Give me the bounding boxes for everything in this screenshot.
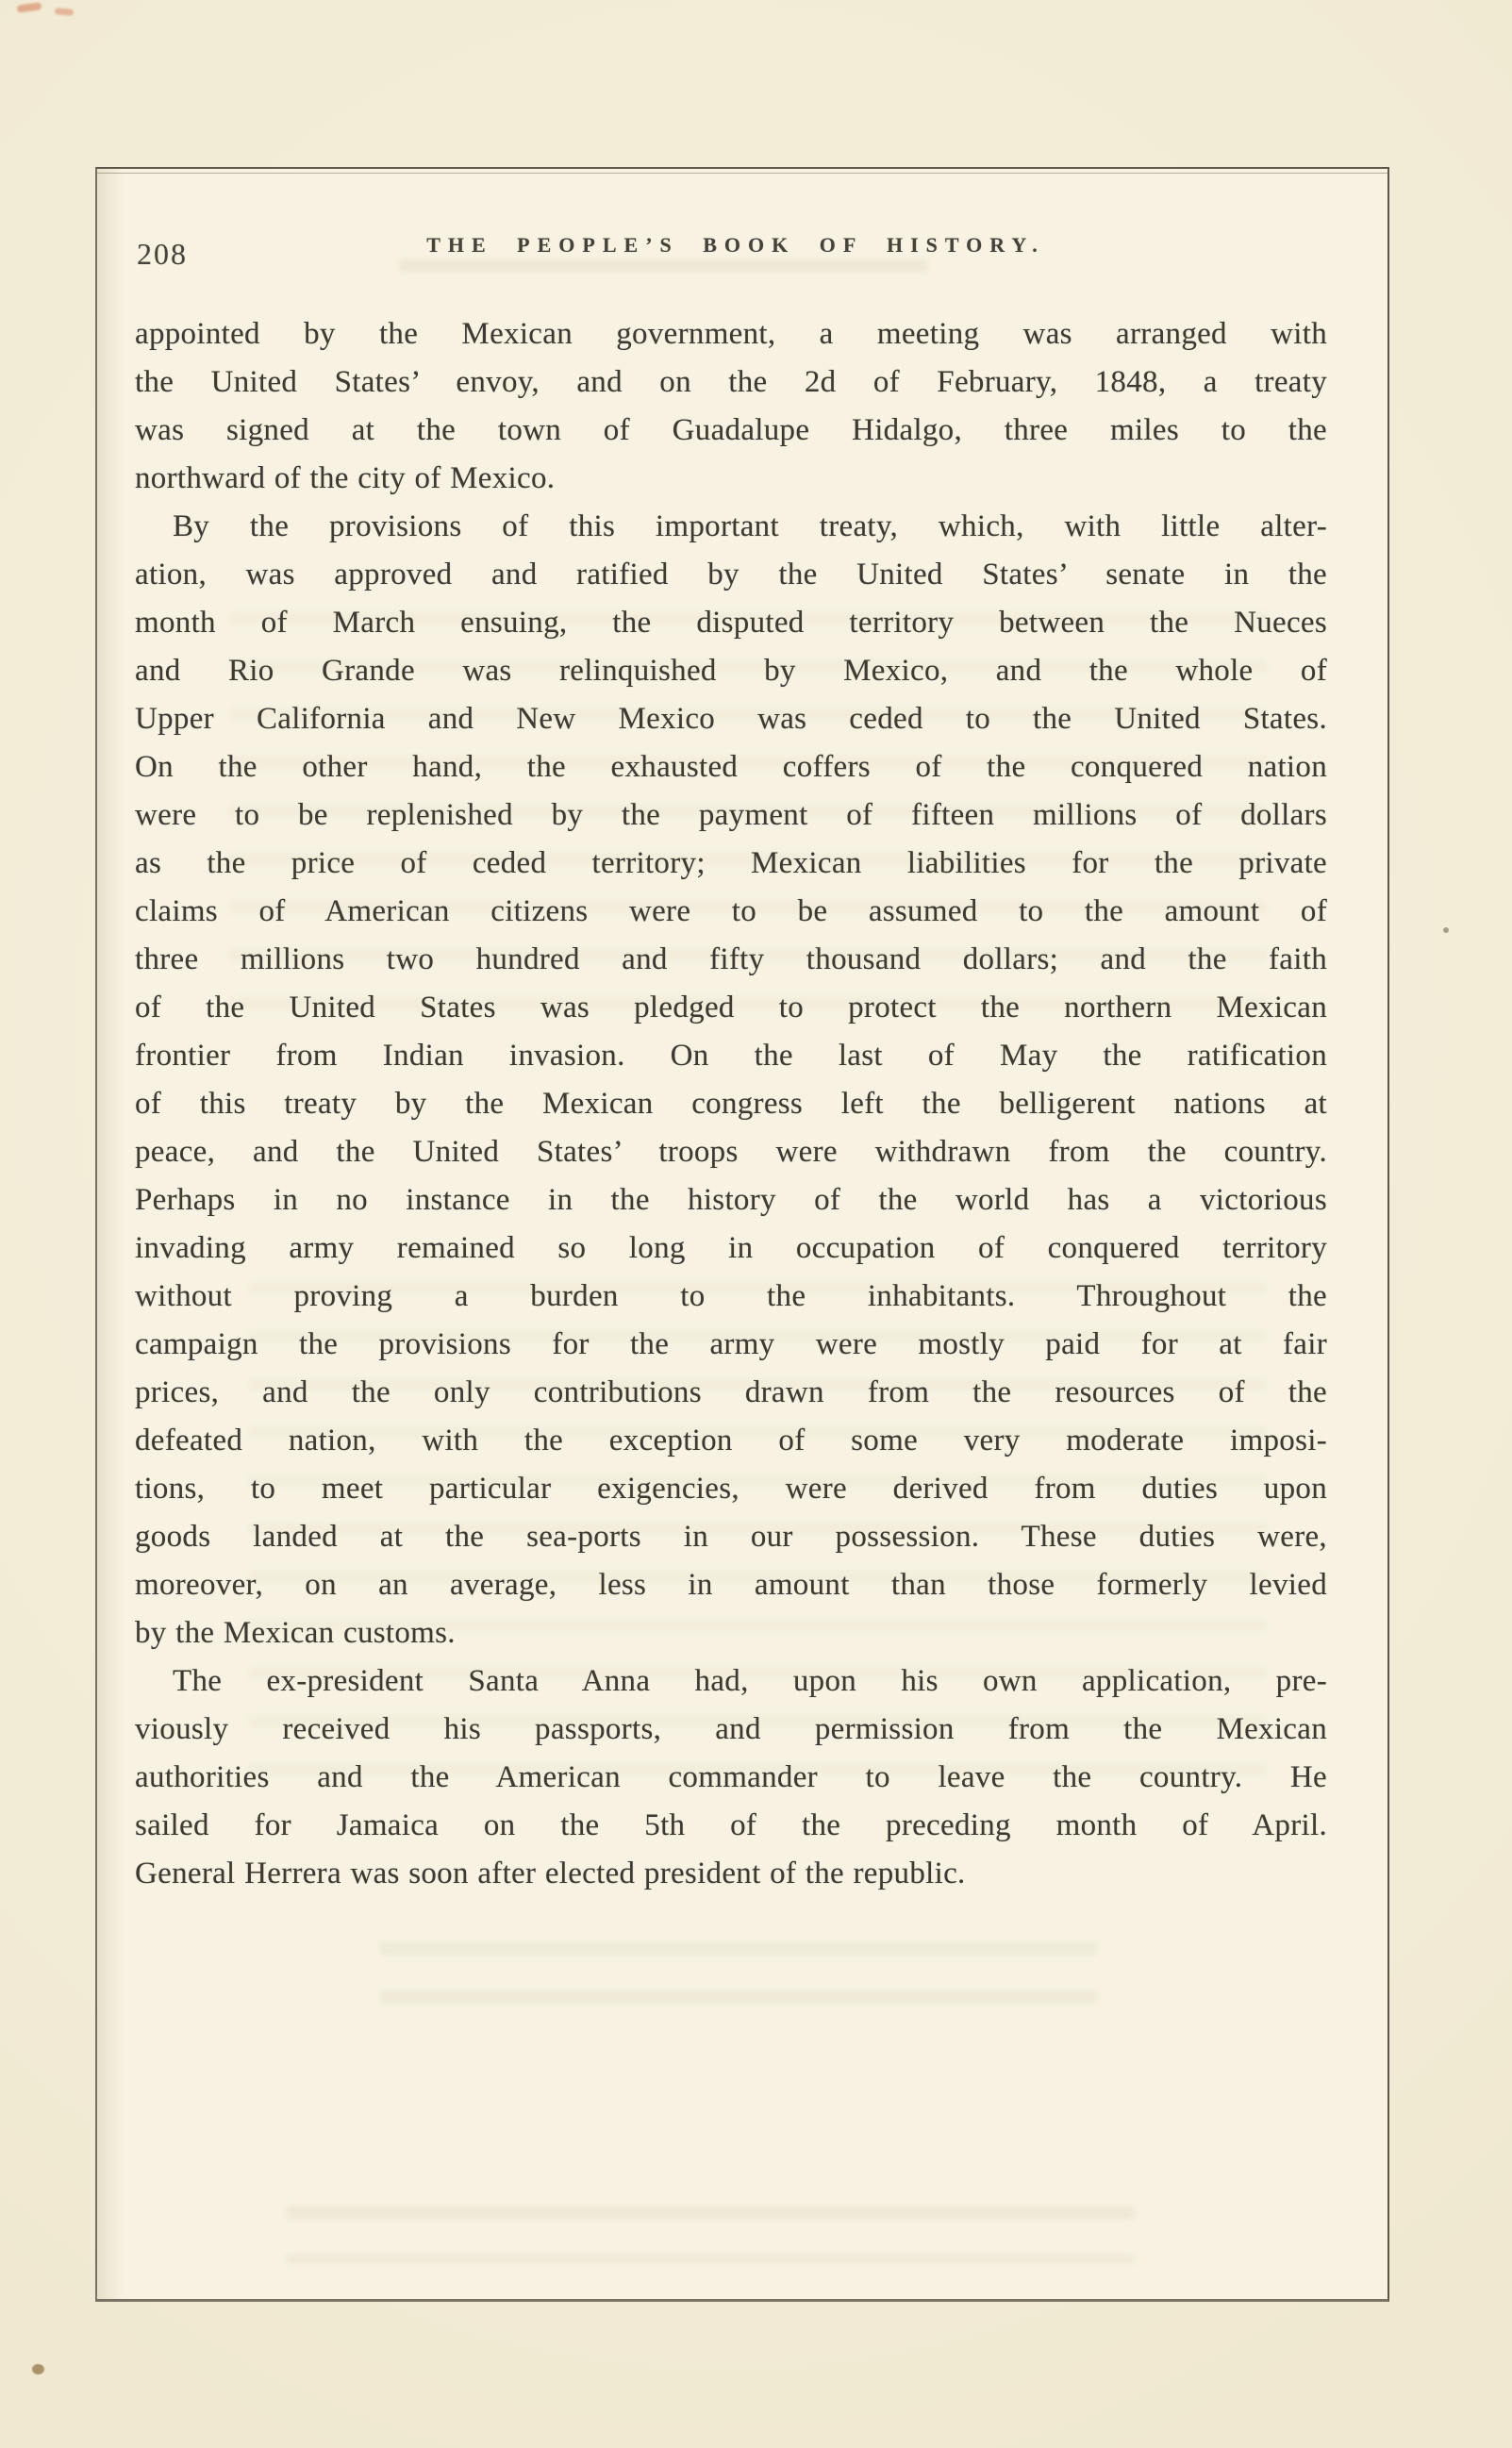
text-line: sailed for Jamaica on the 5th of the pre…: [135, 1802, 1327, 1850]
body-text: appointed by the Mexican government, a m…: [135, 310, 1327, 1898]
scanned-book-page: 208 THE PEOPLE’S BOOK OF HISTORY. appoin…: [0, 0, 1512, 2448]
text-line: without proving a burden to the inhabita…: [135, 1273, 1327, 1321]
text-line: were to be replenished by the payment of…: [135, 791, 1327, 840]
text-line: and Rio Grande was relinquished by Mexic…: [135, 647, 1327, 695]
text-line: On the other hand, the exhausted coffers…: [135, 743, 1327, 791]
text-line: By the provisions of this important trea…: [135, 503, 1327, 551]
text-line: of the United States was pledged to prot…: [135, 984, 1327, 1032]
running-title: THE PEOPLE’S BOOK OF HISTORY.: [135, 233, 1327, 258]
text-line: campaign the provisions for the army wer…: [135, 1321, 1327, 1369]
text-line: was signed at the town of Guadalupe Hida…: [135, 407, 1327, 455]
text-line: month of March ensuing, the disputed ter…: [135, 599, 1327, 647]
text-line: goods landed at the sea-ports in our pos…: [135, 1513, 1327, 1561]
text-line: three millions two hundred and fifty tho…: [135, 936, 1327, 984]
text-line: invading army remained so long in occupa…: [135, 1224, 1327, 1273]
bleed-through-artifact: [286, 2207, 1135, 2263]
ink-speck: [32, 2364, 44, 2374]
paragraph: The ex-president Santa Anna had, upon hi…: [135, 1657, 1327, 1898]
text-line: as the price of ceded territory; Mexican…: [135, 840, 1327, 888]
ink-speck: [1443, 927, 1449, 933]
text-line: defeated nation, with the exception of s…: [135, 1417, 1327, 1465]
text-line: claims of American citizens were to be a…: [135, 888, 1327, 936]
text-line: the United States’ envoy, and on the 2d …: [135, 358, 1327, 407]
text-line: tions, to meet particular exigencies, we…: [135, 1465, 1327, 1513]
text-line: appointed by the Mexican government, a m…: [135, 310, 1327, 358]
text-line: Perhaps in no instance in the history of…: [135, 1176, 1327, 1224]
text-line: moreover, on an average, less in amount …: [135, 1561, 1327, 1609]
red-pencil-mark: [55, 8, 75, 16]
paragraph: By the provisions of this important trea…: [135, 503, 1327, 1657]
text-line: authorities and the American commander t…: [135, 1754, 1327, 1802]
gutter-shadow: [97, 169, 124, 2299]
red-pencil-mark: [17, 2, 42, 13]
text-line: The ex-president Santa Anna had, upon hi…: [135, 1657, 1327, 1706]
text-line: of this treaty by the Mexican congress l…: [135, 1080, 1327, 1128]
text-line: Upper California and New Mexico was cede…: [135, 695, 1327, 743]
text-line: General Herrera was soon after elected p…: [135, 1850, 1327, 1898]
page-number: 208: [137, 237, 188, 272]
text-line: frontier from Indian invasion. On the la…: [135, 1032, 1327, 1080]
paragraph: appointed by the Mexican government, a m…: [135, 310, 1327, 503]
bleed-through-artifact: [380, 1942, 1097, 2008]
page-border-frame: 208 THE PEOPLE’S BOOK OF HISTORY. appoin…: [95, 167, 1389, 2302]
bleed-through-artifact: [399, 259, 927, 307]
text-line: prices, and the only contributions drawn…: [135, 1369, 1327, 1417]
text-line: northward of the city of Mexico.: [135, 455, 1327, 503]
text-line: by the Mexican customs.: [135, 1609, 1327, 1657]
text-line: peace, and the United States’ troops wer…: [135, 1128, 1327, 1176]
text-line: viously received his passports, and perm…: [135, 1706, 1327, 1754]
frame-inner-rule: [97, 173, 1387, 174]
text-line: ation, was approved and ratified by the …: [135, 551, 1327, 599]
